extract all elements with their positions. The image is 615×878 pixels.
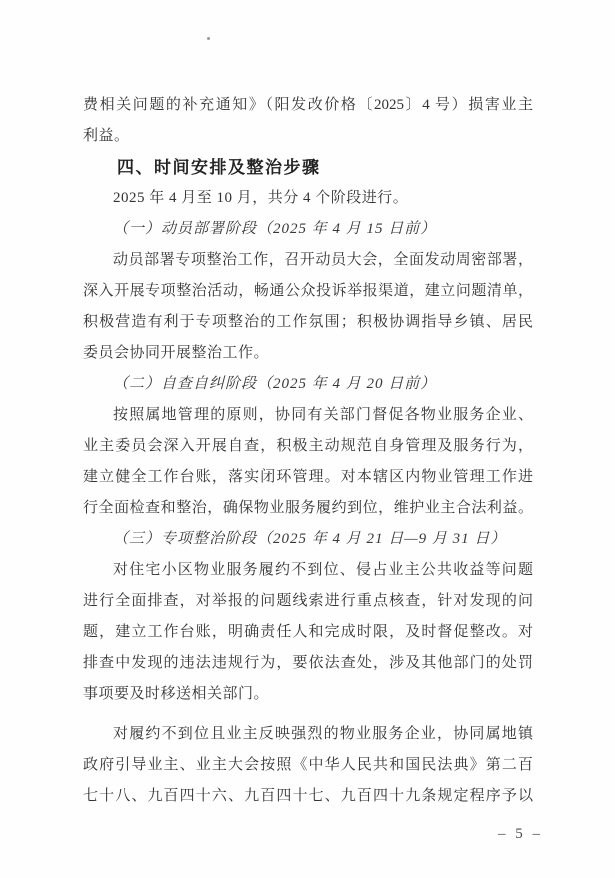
subsection-heading-3: （三）专项整治阶段（2025 年 4 月 21 日—9 月 31 日）	[83, 524, 533, 555]
section-heading: 四、时间安排及整治步骤	[83, 152, 533, 183]
document-line: 2025 年 4 月至 10 月，共分 4 个阶段进行。	[83, 183, 533, 214]
document-line: 对住宅小区物业服务履约不到位、侵占业主公共收益等问题	[83, 555, 533, 586]
scan-speck-artifact	[207, 37, 210, 40]
document-body: 费相关问题的补充通知》（阳发改价格〔2025〕4 号）损害业主 利益。 四、时间…	[83, 90, 533, 812]
subsection-heading-2: （二）自查自纠阶段（2025 年 4 月 20 日前）	[83, 369, 533, 400]
document-line: 委员会协同开展整治工作。	[83, 338, 533, 369]
document-line: 积极营造有利于专项整治的工作氛围；积极协调指导乡镇、居民	[83, 307, 533, 338]
document-line: 动员部署专项整治工作，召开动员大会，全面发动周密部署，	[83, 245, 533, 276]
document-line: 深入开展专项整治活动，畅通公众投诉举报渠道，建立问题清单，	[83, 276, 533, 307]
document-line: 事项要及时移送相关部门。	[83, 679, 533, 710]
document-line: 建立健全工作台账，落实闭环管理。对本辖区内物业管理工作进	[83, 462, 533, 493]
document-line: 排查中发现的违法违规行为，要依法查处，涉及其他部门的处罚	[83, 648, 533, 679]
page-number: – 5 –	[498, 826, 543, 843]
document-line: 费相关问题的补充通知》（阳发改价格〔2025〕4 号）损害业主	[83, 90, 533, 121]
document-line: 利益。	[83, 121, 533, 152]
document-line: 业主委员会深入开展自查，积极主动规范自身管理及服务行为，	[83, 431, 533, 462]
document-line: 七十八、九百四十六、九百四十七、九百四十九条规定程序予以	[83, 781, 533, 812]
document-line: 政府引导业主、业主大会按照《中华人民共和国民法典》第二百	[83, 750, 533, 781]
document-line: 题，建立工作台账，明确责任人和完成时限，及时督促整改。对	[83, 617, 533, 648]
document-line: 按照属地管理的原则，协同有关部门督促各物业服务企业、	[83, 400, 533, 431]
document-line: 对履约不到位且业主反映强烈的物业服务企业，协同属地镇	[83, 719, 533, 750]
subsection-heading-1: （一）动员部署阶段（2025 年 4 月 15 日前）	[83, 214, 533, 245]
scanned-document-page: 费相关问题的补充通知》（阳发改价格〔2025〕4 号）损害业主 利益。 四、时间…	[0, 0, 615, 878]
document-line: 进行全面排查，对举报的问题线索进行重点核查，针对发现的问	[83, 586, 533, 617]
document-line: 行全面检查和整治，确保物业服务履约到位，维护业主合法利益。	[83, 493, 533, 524]
